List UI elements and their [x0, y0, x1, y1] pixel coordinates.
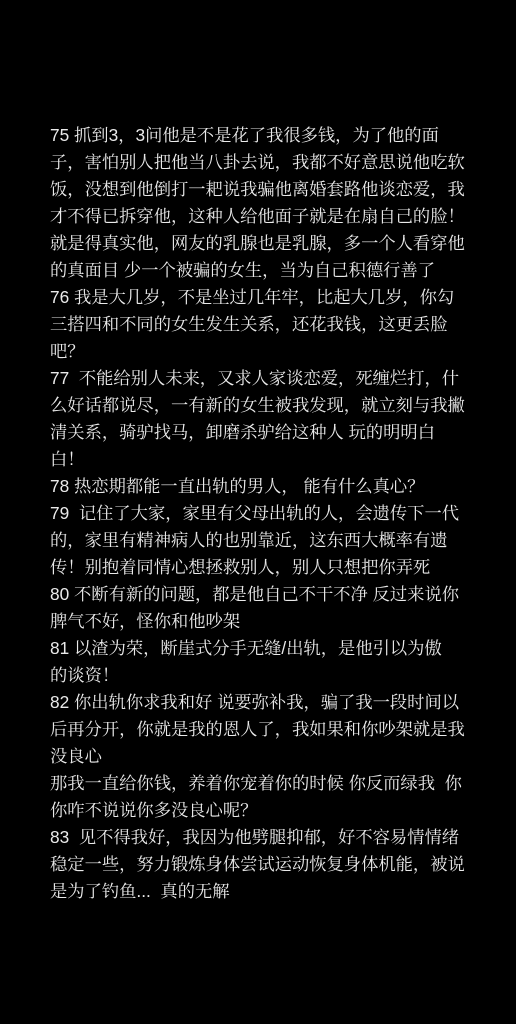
text-line: 82 你出轨你求我和好 说要弥补我，骗了我一段时间以 — [50, 689, 490, 716]
text-body: 75 抓到3，3问他是不是花了我很多钱，为了他的面 子，害怕别人把他当八卦去说，… — [50, 122, 490, 905]
text-line: 清关系，骑驴找马，卸磨杀驴给这种人 玩的明明白 — [50, 419, 490, 446]
text-line: 么好话都说尽，一有新的女生被我发现，就立刻与我撇 — [50, 392, 490, 419]
text-line: 的谈资！ — [50, 662, 490, 689]
screenshot-background: 75 抓到3，3问他是不是花了我很多钱，为了他的面 子，害怕别人把他当八卦去说，… — [0, 0, 516, 1024]
text-line: 83 见不得我好，我因为他劈腿抑郁，好不容易情情绪 — [50, 824, 490, 851]
text-line: 吧？ — [50, 338, 490, 365]
text-line: 传！别抱着同情心想拯救别人，别人只想把你弄死 — [50, 554, 490, 581]
text-line: 白！ — [50, 446, 490, 473]
text-line: 子，害怕别人把他当八卦去说，我都不好意思说他吃软 — [50, 149, 490, 176]
text-line: 79 记住了大家，家里有父母出轨的人，会遗传下一代 — [50, 500, 490, 527]
text-line: 是为了钓鱼... 真的无解 — [50, 878, 490, 905]
text-line: 的真面目 少一个被骗的女生，当为自己积德行善了 — [50, 257, 490, 284]
text-line: 后再分开，你就是我的恩人了，我如果和你吵架就是我 — [50, 716, 490, 743]
text-line: 那我一直给你钱，养着你宠着你的时候 你反而绿我 你 — [50, 770, 490, 797]
text-line: 80 不断有新的问题，都是他自己不干不净 反过来说你 — [50, 581, 490, 608]
text-line: 才不得已拆穿他，这种人给他面子就是在扇自己的脸！ — [50, 203, 490, 230]
text-line: 78 热恋期都能一直出轨的男人， 能有什么真心？ — [50, 473, 490, 500]
text-line: 没良心 — [50, 743, 490, 770]
text-line: 脾气不好，怪你和他吵架 — [50, 608, 490, 635]
text-line: 你咋不说说你多没良心呢？ — [50, 797, 490, 824]
text-line: 的，家里有精神病人的也别靠近，这东西大概率有遗 — [50, 527, 490, 554]
text-line: 77 不能给别人未来，又求人家谈恋爱，死缠烂打，什 — [50, 365, 490, 392]
text-line: 76 我是大几岁，不是坐过几年牢，比起大几岁，你勾 — [50, 284, 490, 311]
text-line: 就是得真实他，网友的乳腺也是乳腺，多一个人看穿他 — [50, 230, 490, 257]
text-line: 81 以渣为荣，断崖式分手无缝/出轨，是他引以为傲 — [50, 635, 490, 662]
text-line: 稳定一些，努力锻炼身体尝试运动恢复身体机能，被说 — [50, 851, 490, 878]
text-line: 饭，没想到他倒打一耙说我骗他离婚套路他谈恋爱，我 — [50, 176, 490, 203]
text-line: 三搭四和不同的女生发生关系，还花我钱，这更丢脸 — [50, 311, 490, 338]
text-line: 75 抓到3，3问他是不是花了我很多钱，为了他的面 — [50, 122, 490, 149]
